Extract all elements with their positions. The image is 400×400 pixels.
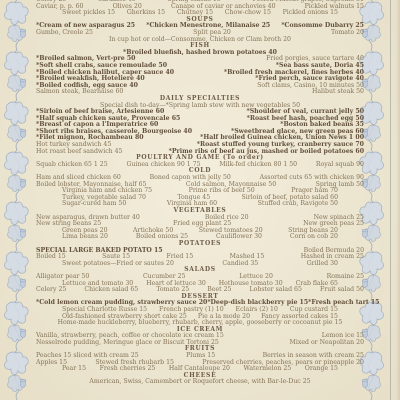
leaf-garland-ornament-left: [2, 0, 32, 400]
menu-item: Gherkins 15: [127, 10, 165, 17]
menu-item: Lobster salad 65: [250, 287, 302, 294]
menu-item: Lima beans 20: [62, 234, 108, 241]
menu-item: Mixed or Neapolitan 20: [290, 340, 364, 347]
menu-item: Chicken salad 65: [84, 287, 138, 294]
page-edge-rule: [390, 0, 391, 400]
menu-item: Sweet potatoes—Fried or sautes 20: [62, 261, 174, 268]
menu-line: American, Swiss, Camembert or Roquefort …: [36, 379, 364, 386]
menu-item: Hot roast beef sandwich 45: [36, 149, 123, 156]
menu-item: Stuffed crab, Ravigote 50: [258, 201, 338, 208]
menu-item: Sweet pickles 15: [62, 10, 115, 17]
menu-item: Corn on cob 20: [290, 234, 338, 241]
menu-item: Watermelon 25: [244, 366, 292, 373]
menu-content: Celery 25Sardines 40Spring onions 15Peel…: [36, 0, 364, 386]
menu-item: Fruit salad 50: [320, 287, 364, 294]
menu-item: Cauliflower 30: [216, 234, 262, 241]
menu-item: Squab chicken 65 1 25: [36, 162, 108, 169]
menu-item: Milk-fed chicken 80 1 50: [219, 162, 297, 169]
menu-item: Orange 15: [305, 366, 338, 373]
page-edge-shadow: [396, 0, 400, 400]
menu-item: Salmon steak, Bearnaise 60: [36, 89, 123, 96]
menu-item: Chow-chow 15: [225, 10, 271, 17]
menu-item: Fresh cherries 25: [100, 366, 156, 373]
menu-item: Pear 15: [62, 366, 86, 373]
menu-item: Candied 35: [222, 261, 258, 268]
menu-item: Halibut steak 50: [312, 89, 364, 96]
menu-page: Celery 25Sardines 40Spring onions 15Peel…: [0, 0, 400, 400]
menu-item: Gumbo, Creole 25: [36, 30, 93, 37]
menu-item: Royal squab 90: [316, 162, 364, 169]
menu-item: Grilled 30: [307, 261, 338, 268]
menu-item: Tomato 20: [331, 30, 364, 37]
menu-item: Celery 25: [36, 287, 66, 294]
menu-item: American, Swiss, Camembert or Roquefort …: [89, 379, 310, 386]
menu-item: Pickled onions 15: [283, 10, 338, 17]
menu-item: Sugar-cured ham 50: [62, 201, 126, 208]
menu-item: *Broiled bluefish, hashed brown potatoes…: [123, 50, 277, 57]
